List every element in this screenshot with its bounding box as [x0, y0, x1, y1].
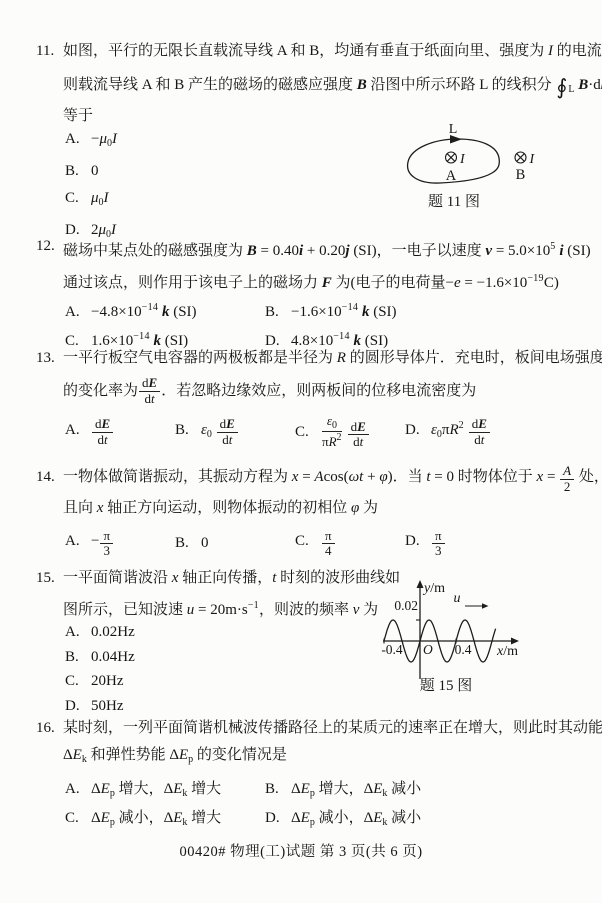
wire-a-label: A	[446, 168, 457, 184]
option-14-b: B.0	[175, 535, 295, 552]
option-label: B.	[175, 535, 201, 552]
option-text: 20Hz	[91, 673, 124, 689]
question-16-text: 某时刻，一列平面简谐机械波传播路径上的某质元的速率正在增大，则此时其动能	[63, 715, 602, 742]
option-16-a: A.ΔEp 增大，ΔEk 增大	[65, 777, 265, 799]
page-footer: 00420# 物理(工)试题 第 3 页(共 6 页)	[0, 841, 602, 863]
option-13-c: C.ε0πR2 dEdt	[295, 414, 405, 450]
question-13-number: 13.	[36, 345, 63, 372]
question-11-number: 11.	[36, 38, 63, 65]
question-11-line-2: 则载流导线 A 和 B 产生的磁场的磁感应强度 B 沿图中所示环路 L 的线积分…	[63, 72, 582, 103]
option-label: C.	[295, 533, 321, 550]
question-16-number: 16.	[36, 715, 63, 742]
option-text: ε0πR2 dEdt	[431, 422, 491, 438]
question-11-text: 如图，平行的无限长直载流导线 A 和 B，均通有垂直于纸面向里、强度为 I 的电…	[63, 38, 602, 65]
question-12-line-2: 通过该点，则作用于该电子上的磁场力 F 为(电子的电荷量−e = −1.6×10…	[63, 265, 582, 297]
option-text: ΔEp 减小，ΔEk 增大	[91, 810, 221, 826]
option-13-d: D.ε0πR2 dEdt	[405, 417, 491, 447]
question-14-number: 14.	[36, 462, 63, 495]
wave-velocity-arrow-icon	[482, 603, 489, 609]
option-text: 0	[91, 163, 99, 179]
option-label: D.	[405, 422, 431, 439]
figure-15-caption: 题 15 图	[420, 677, 473, 694]
option-label: C.	[65, 810, 91, 827]
wire-b-label: B	[516, 167, 526, 183]
option-16-d: D.ΔEp 减小，ΔEk 减小	[265, 806, 421, 828]
question-12-number: 12.	[36, 233, 63, 265]
current-label-b: I	[529, 152, 536, 167]
option-14-c: C.π4	[295, 529, 405, 559]
question-16-line-1: 16. 某时刻，一列平面简谐机械波传播路径上的某质元的速率正在增大，则此时其动能	[36, 715, 582, 742]
current-into-page-icon-a	[446, 152, 457, 163]
option-text: ε0 dEdt	[201, 422, 239, 438]
option-text: π3	[431, 533, 446, 549]
figure-11-caption: 题 11 图	[428, 193, 480, 210]
option-label: C.	[65, 185, 91, 213]
question-12-line-1: 12. 磁场中某点处的磁感强度为 B = 0.40i + 0.20j (SI)，…	[36, 233, 582, 265]
option-text: 0	[201, 535, 209, 551]
option-label: B.	[265, 781, 291, 798]
option-label: D.	[405, 533, 431, 550]
figure-q15: y/m 0.02 u -0.4 O 0.4 x/m 题 15 图	[381, 579, 531, 697]
question-13-line-1: 13. 一平行板空气电容器的两极板都是半径为 R 的圆形导体片．充电时，板间电场…	[36, 345, 582, 372]
x-tick-negative-label: -0.4	[381, 642, 403, 657]
exam-page: 11. 如图，平行的无限长直载流导线 A 和 B，均通有垂直于纸面向里、强度为 …	[0, 0, 602, 903]
option-text: −1.6×10−14 k (SI)	[291, 304, 397, 320]
question-13-text: 一平行板空气电容器的两极板都是半径为 R 的圆形导体片．充电时，板间电场强度	[63, 345, 602, 372]
option-label: C.	[295, 424, 321, 441]
option-label: D.	[265, 810, 291, 827]
question-14-line-2: 且向 x 轴正方向运动，则物体振动的初相位 φ 为	[63, 495, 582, 522]
option-text: 0.04Hz	[91, 649, 135, 665]
option-12-a: A.−4.8×10−14 k (SI)	[65, 302, 265, 321]
option-16-c: C.ΔEp 减小，ΔEk 增大	[65, 806, 265, 828]
option-label: A.	[65, 781, 91, 798]
figure-q11: L I A I B 题 11 图	[398, 122, 573, 214]
question-16-options-row-1: A.ΔEp 增大，ΔEk 增大 B.ΔEp 增大，ΔEk 减小	[65, 773, 582, 802]
option-text: ΔEp 增大，ΔEk 增大	[91, 781, 221, 797]
question-13-line-2: 的变化率为 dEdt．若忽略边缘效应，则两板间的位移电流密度为	[63, 372, 582, 410]
option-text: ΔEp 增大，ΔEk 减小	[291, 781, 421, 797]
option-label: A.	[65, 304, 91, 321]
option-text: −μ0I	[91, 131, 117, 147]
option-text: −4.8×10−14 k (SI)	[91, 304, 197, 320]
x-tick-positive-label: 0.4	[455, 642, 472, 657]
option-text: π4	[321, 533, 336, 549]
option-label: A.	[65, 126, 91, 154]
option-text: μ0I	[91, 190, 109, 206]
option-label: B.	[65, 645, 91, 670]
origin-label: O	[423, 642, 433, 657]
question-12: 12. 磁场中某点处的磁感强度为 B = 0.40i + 0.20j (SI)，…	[36, 233, 582, 355]
option-text: dEdt	[91, 422, 114, 438]
option-text: ε0πR2 dEdt	[321, 424, 370, 440]
current-into-page-icon-b	[515, 152, 526, 163]
option-12-b: B.−1.6×10−14 k (SI)	[265, 302, 397, 321]
option-label: C.	[65, 669, 91, 694]
x-axis-label: x/m	[496, 644, 518, 659]
option-label: A.	[65, 422, 91, 439]
option-13-a: A.dEdt	[65, 417, 175, 447]
option-14-d: D.π3	[405, 529, 446, 559]
question-16-options-row-2: C.ΔEp 减小，ΔEk 增大 D.ΔEp 减小，ΔEk 减小	[65, 802, 582, 831]
option-label: A.	[65, 620, 91, 645]
loop-label: L	[449, 122, 458, 137]
option-text: 0.02Hz	[91, 624, 135, 640]
question-12-text: 磁场中某点处的磁感强度为 B = 0.40i + 0.20j (SI)，一电子以…	[63, 233, 591, 265]
option-label: A.	[65, 533, 91, 550]
y-axis-label: y/m	[422, 581, 445, 596]
option-label: B.	[265, 304, 291, 321]
current-label-a: I	[459, 152, 466, 167]
question-12-options-row-1: A.−4.8×10−14 k (SI) B.−1.6×10−14 k (SI)	[65, 297, 582, 326]
option-text: 50Hz	[91, 698, 124, 714]
question-13: 13. 一平行板空气电容器的两极板都是半径为 R 的圆形导体片．充电时，板间电场…	[36, 345, 582, 454]
question-16: 16. 某时刻，一列平面简谐机械波传播路径上的某质元的速率正在增大，则此时其动能…	[36, 715, 582, 831]
option-16-b: B.ΔEp 增大，ΔEk 减小	[265, 777, 421, 799]
option-13-b: B.ε0 dEdt	[175, 417, 295, 447]
wave-speed-label: u	[454, 591, 461, 606]
question-15-number: 15.	[36, 565, 63, 592]
question-16-line-2: ΔEk 和弹性势能 ΔEp 的变化情况是	[63, 742, 582, 773]
question-13-options: A.dEdt B.ε0 dEdt C.ε0πR2 dEdt D.ε0πR2 dE…	[65, 410, 582, 454]
option-label: B.	[175, 422, 201, 439]
option-label: B.	[65, 158, 91, 186]
option-14-a: A.−π3	[65, 529, 175, 559]
y-axis-arrow-icon	[417, 580, 424, 588]
question-14: 14. 一物体做简谐振动，其振动方程为 x = Acos(ωt + φ)．当 t…	[36, 462, 582, 564]
option-text: ΔEp 减小，ΔEk 减小	[291, 810, 421, 826]
option-text: −π3	[91, 533, 114, 549]
amplitude-label: 0.02	[394, 598, 418, 613]
question-11-line-1: 11. 如图，平行的无限长直载流导线 A 和 B，均通有垂直于纸面向里、强度为 …	[36, 38, 582, 65]
question-14-options: A.−π3 B.0 C.π4 D.π3	[65, 524, 582, 564]
question-14-line-1: 14. 一物体做简谐振动，其振动方程为 x = Acos(ωt + φ)．当 t…	[36, 462, 582, 495]
question-14-text: 一物体做简谐振动，其振动方程为 x = Acos(ωt + φ)．当 t = 0…	[63, 462, 602, 495]
